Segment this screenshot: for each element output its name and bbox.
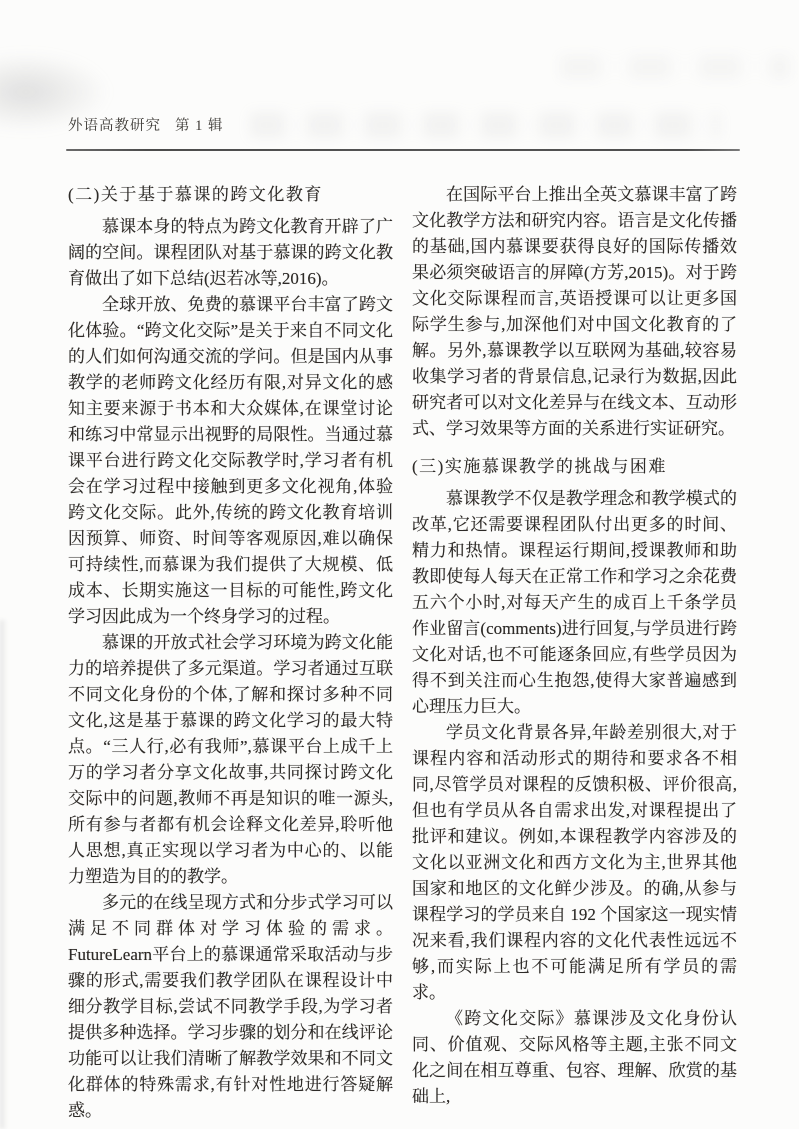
left-column: (二)关于基于慕课的跨文化教育慕课本身的特点为跨文化教育开辟了广阔的空间。课程团… (68, 182, 393, 1124)
body-paragraph: 慕课本身的特点为跨文化教育开辟了广阔的空间。课程团队对基于慕课的跨文化教育做出了… (68, 214, 393, 292)
right-column: 在国际平台上推出全英文慕课丰富了跨文化教学方法和研究内容。语言是文化传播的基础,… (412, 182, 737, 1124)
page-body: (二)关于基于慕课的跨文化教育慕课本身的特点为跨文化教育开辟了广阔的空间。课程团… (68, 182, 737, 1124)
body-paragraph: 在国际平台上推出全英文慕课丰富了跨文化教学方法和研究内容。语言是文化传播的基础,… (412, 182, 737, 442)
scan-smudge-top-right (560, 55, 790, 79)
running-header: 外语高教研究第 1 辑 (68, 116, 224, 136)
body-paragraph: 多元的在线呈现方式和分步式学习可以满足不同群体对学习体验的需求。FutureLe… (68, 890, 393, 1124)
body-paragraph: 《跨文化交际》慕课涉及文化身份认同、价值观、交际风格等主题,主张不同文化之间在相… (412, 1006, 737, 1110)
section-heading: (二)关于基于慕课的跨文化教育 (68, 182, 393, 208)
scan-shadow-left-edge (0, 620, 7, 1129)
journal-title: 外语高教研究 (68, 118, 161, 134)
body-paragraph: 学员文化背景各异,年龄差别很大,对于课程内容和活动形式的期待和要求各不相同,尽管… (412, 720, 737, 1006)
body-paragraph: 慕课教学不仅是教学理念和教学模式的改革,它还需要课程团队付出更多的时间、精力和热… (412, 486, 737, 720)
scan-smudge-header-band (250, 112, 720, 138)
body-paragraph: 慕课的开放式社会学习环境为跨文化能力的培养提供了多元渠道。学习者通过互联不同文化… (68, 630, 393, 890)
body-paragraph: 全球开放、免费的慕课平台丰富了跨文化体验。“跨文化交际”是关于来自不同文化的人们… (68, 292, 393, 630)
header-rule (66, 149, 740, 151)
scanned-book-page: 外语高教研究第 1 辑 (二)关于基于慕课的跨文化教育慕课本身的特点为跨文化教育… (0, 0, 799, 1129)
issue-label: 第 1 辑 (175, 118, 224, 134)
section-heading: (三)实施慕课教学的挑战与困难 (412, 454, 737, 480)
